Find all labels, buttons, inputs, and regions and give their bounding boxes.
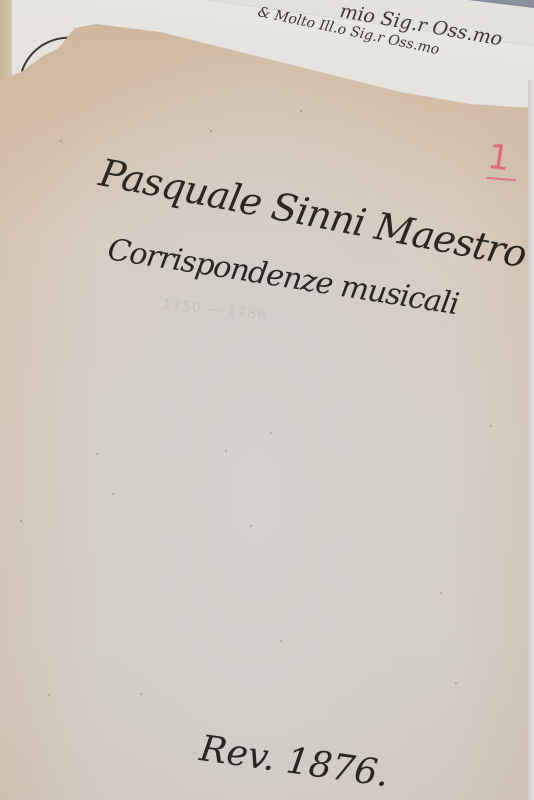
folder-cover xyxy=(0,0,534,800)
document-photo: mio Sig.r Oss.mo & Molto Ill.o Sig.r Oss… xyxy=(0,0,534,800)
sheet-right-edge xyxy=(528,80,534,800)
